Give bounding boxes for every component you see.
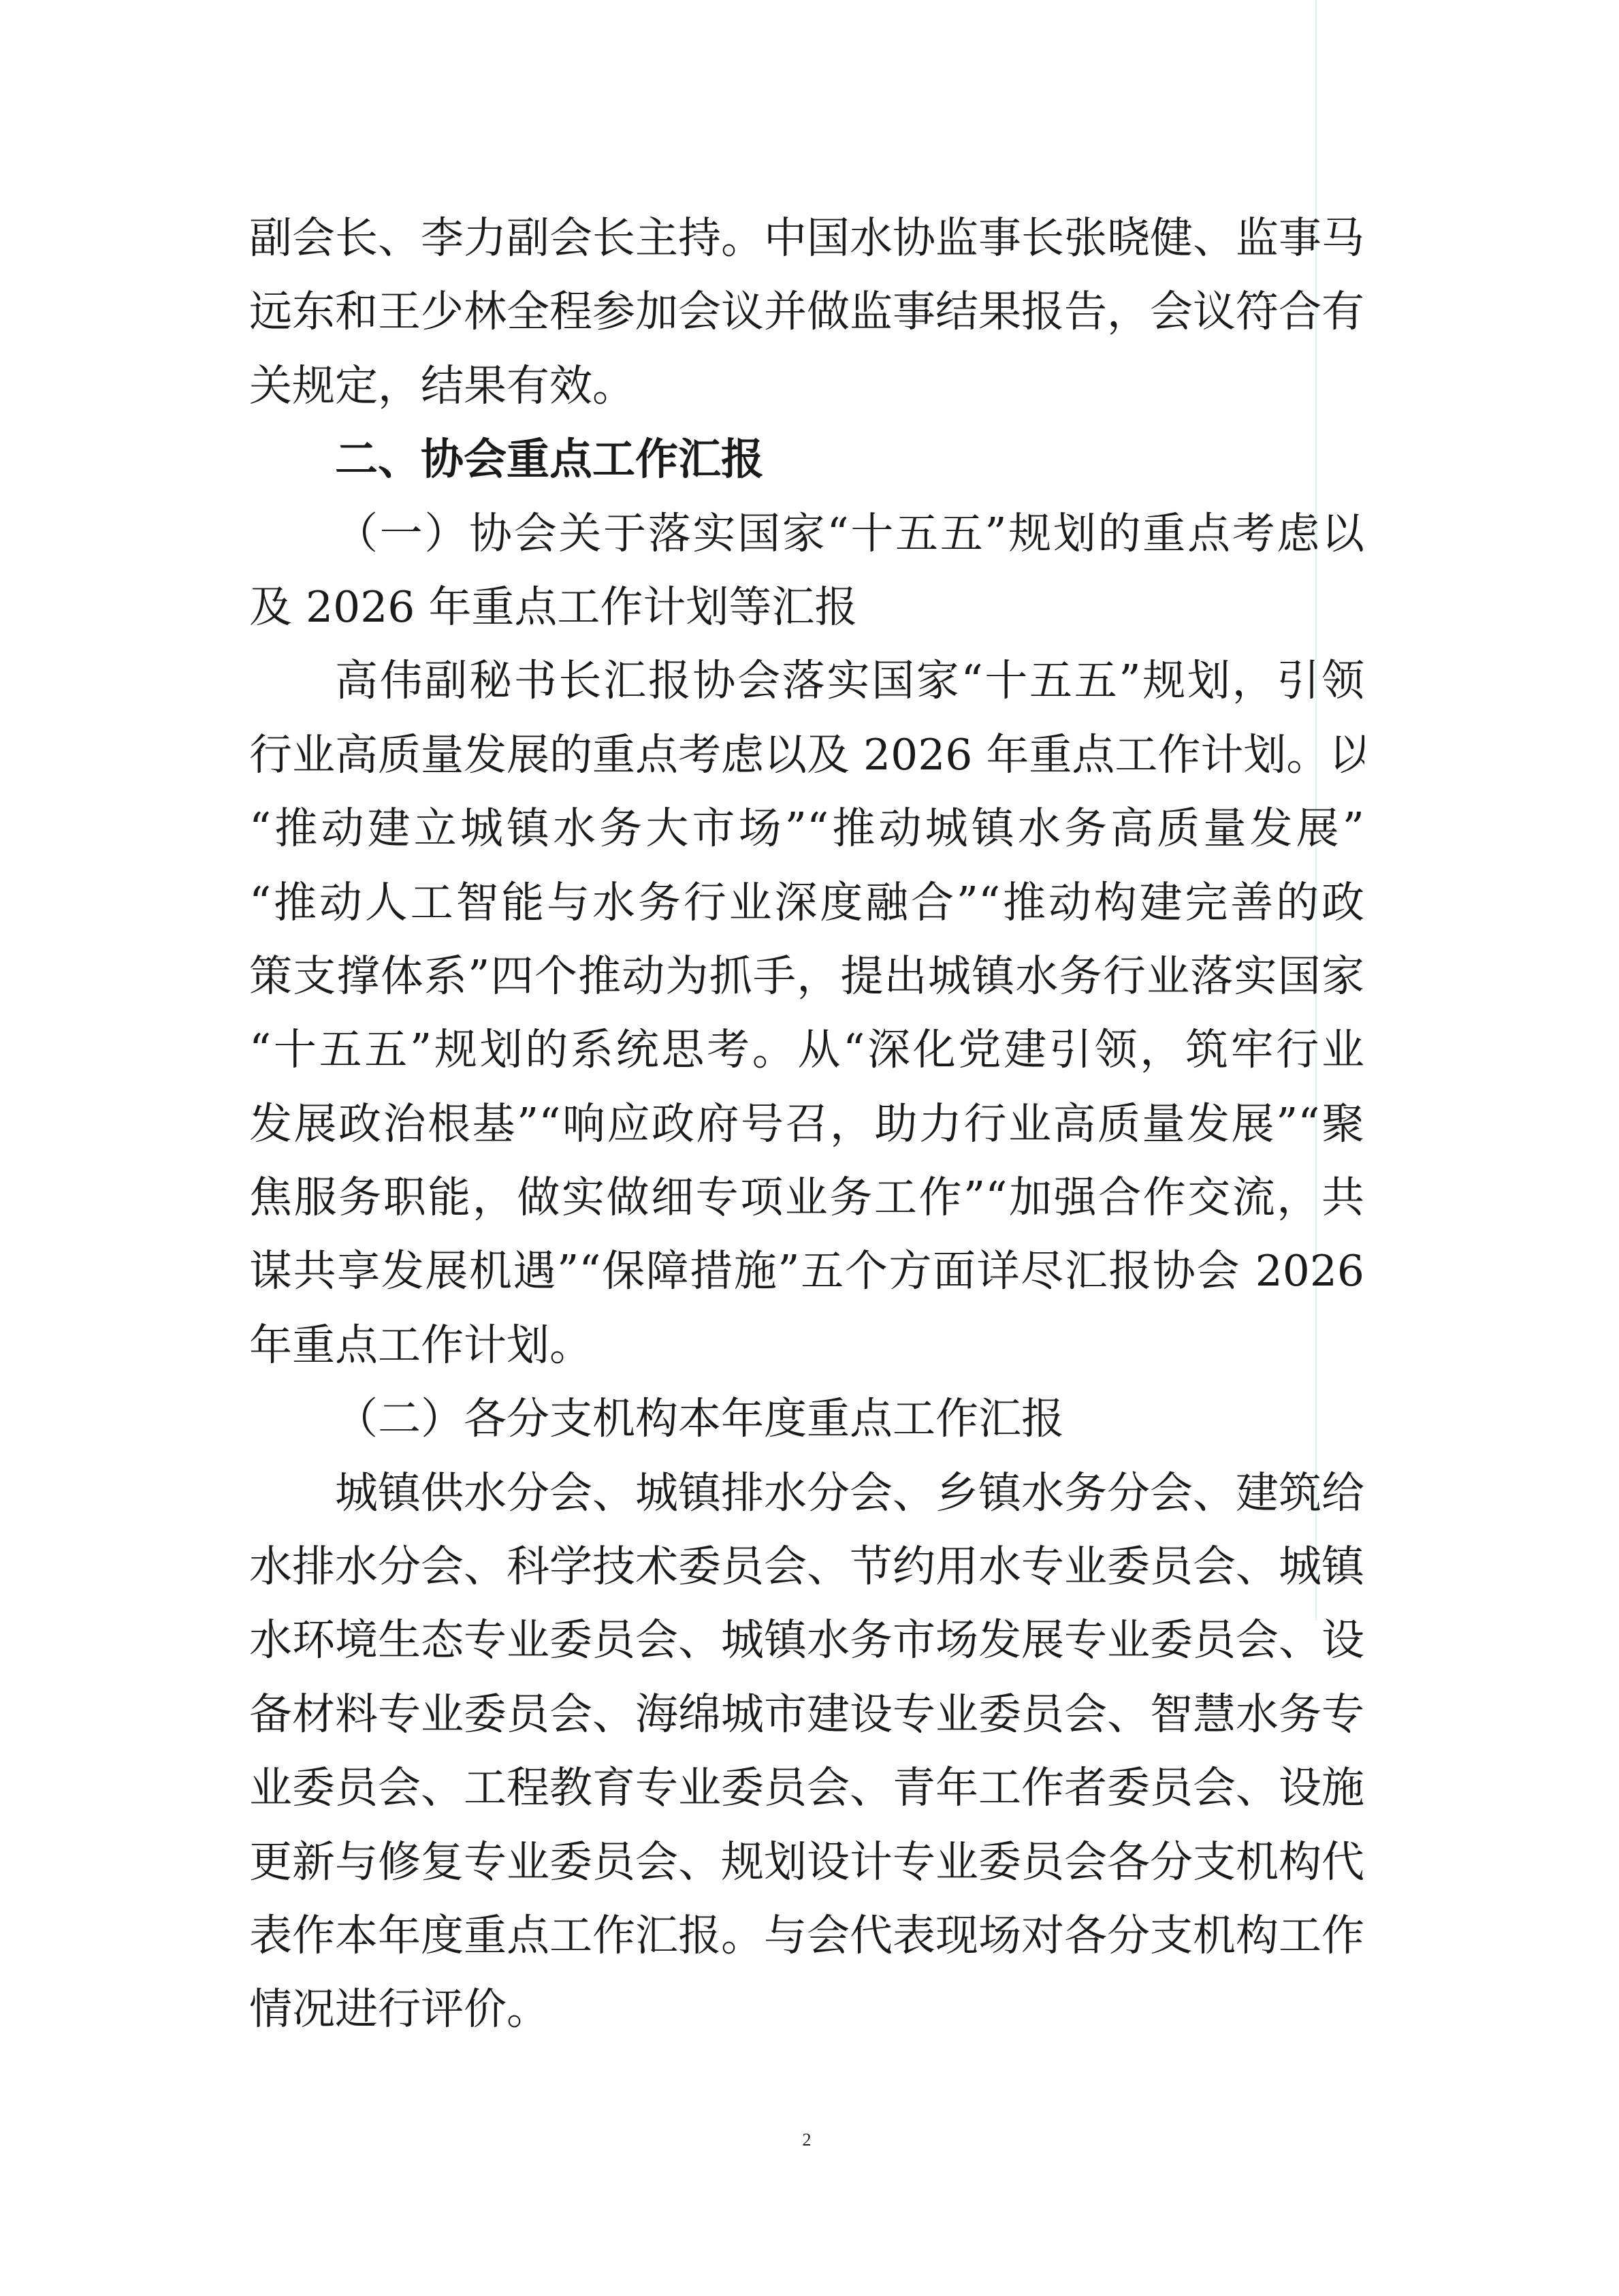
body-line: 焦服务职能，做实做细专项业务工作”“加强合作交流，共	[249, 1161, 1364, 1234]
paragraph-start-line: 高伟副秘书长汇报协会落实国家“十五五”规划，引领	[249, 644, 1364, 718]
subsection-heading: （一）协会关于落实国家“十五五”规划的重点考虑以	[249, 497, 1364, 571]
body-line: 业委员会、工程教育专业委员会、青年工作者委员会、设施	[249, 1751, 1364, 1825]
body-line: 水环境生态专业委员会、城镇水务市场发展专业委员会、设	[249, 1604, 1364, 1677]
body-line: 情况进行评价。	[249, 1973, 1364, 2046]
body-line: “推动建立城镇水务大市场”“推动城镇水务高质量发展”	[249, 792, 1364, 865]
page-number: 2	[797, 2130, 817, 2150]
document-page: 副会长、李力副会长主持。中国水协监事长张晓健、监事马 远东和王少林全程参加会议并…	[0, 0, 1619, 2296]
body-line: 副会长、李力副会长主持。中国水协监事长张晓健、监事马	[249, 202, 1364, 275]
body-line: 谋共享发展机遇”“保障措施”五个方面详尽汇报协会 2026	[249, 1234, 1364, 1308]
body-line: 远东和王少林全程参加会议并做监事结果报告，会议符合有	[249, 275, 1364, 349]
body-line: 策支撑体系”四个推动为抓手，提出城镇水务行业落实国家	[249, 940, 1364, 1013]
body-line: 发展政治根基”“响应政府号召，助力行业高质量发展”“聚	[249, 1087, 1364, 1161]
body-line: “十五五”规划的系统思考。从“深化党建引领，筑牢行业	[249, 1013, 1364, 1087]
body-line: 更新与修复专业委员会、规划设计专业委员会各分支机构代	[249, 1825, 1364, 1899]
paragraph-start-line: 城镇供水分会、城镇排水分会、乡镇水务分会、建筑给	[249, 1456, 1364, 1530]
body-line: 年重点工作计划。	[249, 1309, 1364, 1382]
subsection-heading: （二）各分支机构本年度重点工作汇报	[249, 1382, 1364, 1456]
body-line: 备材料专业委员会、海绵城市建设专业委员会、智慧水务专	[249, 1678, 1364, 1751]
body-line: 表作本年度重点工作汇报。与会代表现场对各分支机构工作	[249, 1899, 1364, 1973]
body-line: 行业高质量发展的重点考虑以及 2026 年重点工作计划。以	[249, 718, 1364, 792]
body-line: 关规定，结果有效。	[249, 349, 1364, 423]
document-body: 副会长、李力副会长主持。中国水协监事长张晓健、监事马 远东和王少林全程参加会议并…	[249, 202, 1364, 2047]
body-line: “推动人工智能与水务行业深度融合”“推动构建完善的政	[249, 866, 1364, 940]
body-line: 水排水分会、科学技术委员会、节约用水专业委员会、城镇	[249, 1530, 1364, 1604]
section-heading: 二、协会重点工作汇报	[249, 423, 1364, 496]
subsection-heading-continued: 及 2026 年重点工作计划等汇报	[249, 571, 1364, 644]
